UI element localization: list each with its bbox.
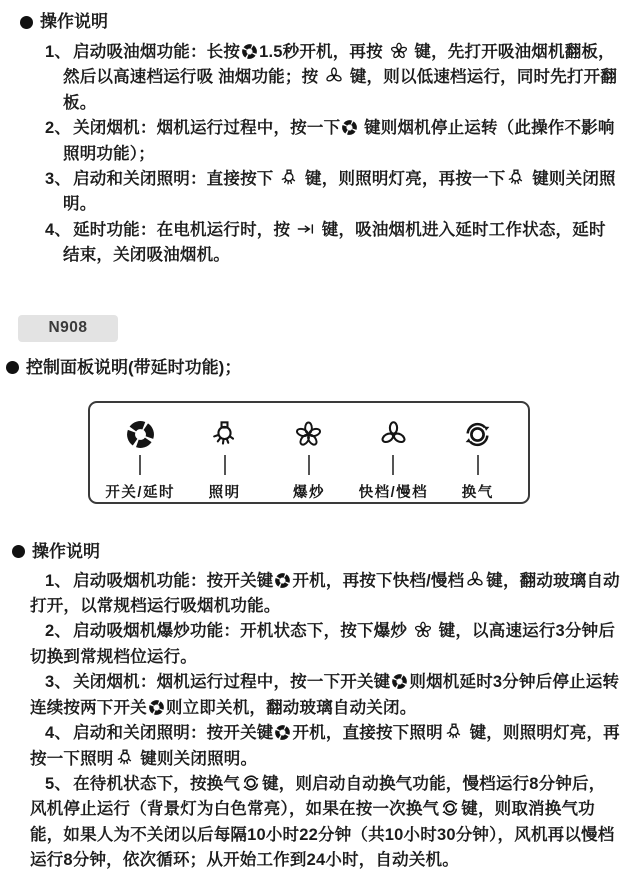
panel-button-label: 爆炒: [293, 481, 325, 502]
delay-icon: [296, 219, 316, 239]
pointer-line: [308, 455, 310, 475]
instruction-item: 2、关闭烟机：烟机运行过程中，按一下 键则烟机停止运转（此操作不影响照明功能）；: [63, 116, 622, 167]
light-icon: [209, 419, 240, 450]
instruction-item: 5、在待机状态下，按换气键，则启动自动换气功能，慢档运行8分钟后，风机停止运行（…: [30, 772, 620, 874]
item-number: 1、: [45, 572, 73, 590]
power-delay-icon: [274, 572, 291, 589]
model-badge: N908: [18, 315, 118, 342]
stir-fry-icon: [389, 41, 409, 61]
light-icon: [115, 748, 135, 768]
instruction-item: 1、启动吸烟机功能：按开关键开机，再按下快档/慢档键，翻动玻璃自动打开，以常规档…: [30, 569, 620, 620]
instruction-item: 3、关闭烟机：烟机运行过程中，按一下开关键则烟机延时3分钟后停止运转连续按两下开…: [30, 670, 620, 721]
power-delay-icon: [274, 724, 291, 741]
item-number: 2、: [45, 119, 73, 137]
panel-button-label: 照明: [209, 481, 241, 502]
instruction-item: 3、启动和关闭照明：直接按下 键，则照明灯亮，再按一下 键则关闭照明。: [63, 167, 622, 218]
power-delay-icon: [125, 419, 156, 450]
light-icon: [279, 168, 299, 188]
item-number: 4、: [45, 221, 73, 239]
item-number: 2、: [45, 622, 73, 640]
fan-speed-icon: [378, 419, 409, 450]
bullet-icon: [12, 545, 25, 558]
pointer-line: [139, 455, 141, 475]
bullet-icon: [20, 16, 33, 29]
stir-fry-icon: [413, 620, 433, 640]
item-number: 3、: [45, 673, 73, 691]
instruction-item: 4、启动和关闭照明：按开关键开机，直接按下照明 键，则照明灯亮，再按一下照明 键…: [30, 721, 620, 772]
item-number: 1、: [45, 43, 73, 61]
instruction-item: 1、启动吸油烟功能：长按1.5秒开机，再按 键，先打开吸油烟机翻板，然后以高速档…: [63, 40, 622, 116]
top-heading-text: 操作说明: [40, 11, 108, 33]
bottom-instruction-list: 1、启动吸烟机功能：按开关键开机，再按下快档/慢档键，翻动玻璃自动打开，以常规档…: [0, 569, 628, 874]
panel-button-fan: 快档/慢档: [358, 419, 428, 502]
ventilation-icon: [462, 419, 493, 450]
panel-button-vent: 换气: [443, 419, 513, 502]
top-section-heading: 操作说明: [20, 11, 628, 33]
panel-section-heading: 控制面板说明(带延时功能)；: [6, 357, 628, 379]
bottom-section-heading: 操作说明: [12, 541, 628, 563]
panel-button-label: 快档/慢档: [359, 481, 429, 502]
panel-button-label: 开关/延时: [105, 481, 175, 502]
pointer-line: [224, 455, 226, 475]
manual-page: 操作说明 1、启动吸油烟功能：长按1.5秒开机，再按 键，先打开吸油烟机翻板，然…: [0, 0, 628, 877]
control-panel-diagram: 开关/延时照明爆炒快档/慢档换气: [88, 401, 530, 504]
fan-speed-icon: [324, 66, 344, 86]
panel-button-power: 开关/延时: [105, 419, 175, 502]
item-number: 3、: [45, 170, 73, 188]
top-instruction-list: 1、启动吸油烟功能：长按1.5秒开机，再按 键，先打开吸油烟机翻板，然后以高速档…: [0, 40, 628, 269]
pointer-line: [477, 455, 479, 475]
bullet-icon: [6, 361, 19, 374]
item-number: 4、: [45, 724, 73, 742]
fan-speed-icon: [465, 570, 485, 590]
stir-fry-icon: [293, 419, 324, 450]
panel-heading-text: 控制面板说明(带延时功能)；: [26, 357, 241, 379]
power-delay-icon: [391, 673, 408, 690]
power-delay-icon: [241, 43, 258, 60]
panel-button-lamp: 照明: [190, 419, 260, 502]
power-delay-icon: [148, 699, 165, 716]
instruction-item: 4、延时功能：在电机运行时，按 键，吸油烟机进入延时工作状态，延时结束，关闭吸油…: [63, 218, 622, 269]
panel-button-flower: 爆炒: [274, 419, 344, 502]
power-delay-icon: [341, 119, 358, 136]
light-icon: [506, 168, 526, 188]
bottom-heading-text: 操作说明: [32, 541, 100, 563]
instruction-item: 2、启动吸烟机爆炒功能：开机状态下，按下爆炒 键，以高速运行3分钟后切换到常规档…: [30, 619, 620, 670]
light-icon: [444, 722, 464, 742]
panel-button-label: 换气: [462, 481, 494, 502]
ventilation-icon: [241, 773, 261, 793]
ventilation-icon: [440, 798, 460, 818]
item-number: 5、: [45, 775, 73, 793]
pointer-line: [392, 455, 394, 475]
